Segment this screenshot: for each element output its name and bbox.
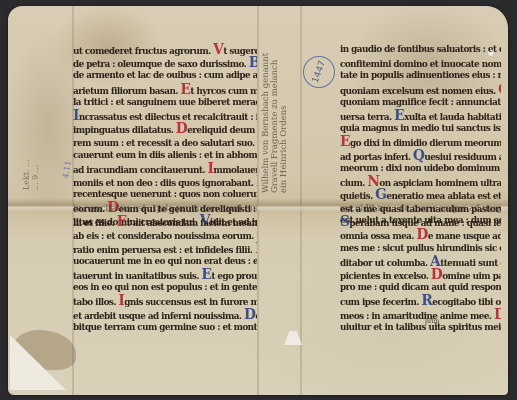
line-text: meos : in amaritudine anime mee. — [340, 311, 494, 322]
line-text: uiuitur et in talibus uita spiritus mei … — [340, 322, 501, 333]
text-line: rem suum : et recessit a deo salutari su… — [73, 135, 257, 148]
vertical-note-center: Wilhelm von Bernsbach genannt Gravell Fr… — [262, 28, 289, 193]
line-text: tate in populis adinuentiones eius : mem… — [340, 70, 501, 81]
text-line: quoniam magnifice fecit : annunciate hoc… — [340, 96, 501, 109]
text-line: omnia ossa mea. De mane usque ad uespe — [340, 228, 501, 241]
text-column-lower-left: in concitatus est : quia prouocauerunt e… — [73, 202, 257, 334]
text-line: mes me : sicut pullus hirundinis sic cla… — [340, 242, 501, 255]
text-line: bitque terram cum germine suo : et monti… — [73, 321, 257, 334]
line-text: uocauerunt me in eo qui non erat deus : … — [73, 256, 257, 267]
rubricated-initial: I — [255, 239, 257, 257]
line-text: mes me : sicut pullus hirundinis sic cla… — [340, 243, 501, 254]
text-line: meorum : dixi non uidebo dominum deum in… — [340, 162, 501, 175]
text-line: cum ipse fecerim. Recogitabo tibi omnes … — [340, 294, 501, 307]
text-line: impinguatus dilatatus. Dereliquid deum f… — [73, 122, 257, 135]
circled-shelfmark: 1447 — [303, 56, 335, 88]
text-line: ab eis : et considerabo nouissima eorum.… — [73, 228, 257, 241]
text-line: recentesque uenerunt : quos non coluerun… — [73, 188, 257, 201]
line-text: cauerunt eum in diis alienis : et in abh… — [73, 150, 257, 161]
text-line: ditabor ut columba. Attenuati sunt oculi… — [340, 255, 501, 268]
line-text: bitque terram cum germine suo : et monti… — [73, 322, 257, 333]
line-text: ratio enim peruersa est : et infideles f… — [73, 245, 255, 256]
shelfmark-number: 1447 — [310, 60, 327, 85]
text-line: Incrassatus est dilectus et recalcitraui… — [73, 109, 257, 122]
line-text: quoniam magnifice fecit : annunciate hoc… — [340, 97, 501, 108]
rubricated-initial: D — [244, 305, 255, 323]
text-line: la tritici : et sanguinem uue biberet me… — [73, 96, 257, 109]
text-line: in gaudio de fontibus saluatoris : et di… — [340, 43, 501, 56]
text-line: meos : in amaritudine anime mee. Domine … — [340, 308, 501, 321]
text-line: tauerunt in uanitatibus suis. Et ego pro… — [73, 268, 257, 281]
line-text: arietum filiorum basan. — [73, 86, 180, 97]
text-line: ut comederet fructus agrorum. Vt sugeret… — [73, 43, 257, 56]
line-text: gnis succensus est in furore meo : — [124, 297, 257, 308]
line-text: meorum : dixi non uidebo dominum deum in… — [340, 163, 501, 174]
line-text: la tritici : et sanguinem uue biberet me… — [73, 97, 257, 108]
line-text: in gaudio de fontibus saluatoris : et di… — [340, 44, 501, 55]
text-line: moniis et non deo : diis quos ignorabant… — [73, 175, 257, 188]
text-column-upper-left: ut comederet fructus agrorum. Vt sugeret… — [73, 43, 257, 228]
rubricated-initial: D — [416, 225, 427, 243]
line-text: quoniam excelsum est nomen eius. — [340, 86, 498, 97]
line-text: rem suum : et recessit a deo salutari su… — [73, 138, 257, 149]
text-line: uersa terra. Exulta et lauda habitatio s… — [340, 109, 501, 122]
text-line: ad iracundiam concitauerunt. Immolauerun… — [73, 162, 257, 175]
line-text: ab eis : et considerabo nouissima eorum. — [73, 231, 256, 242]
vertical-note-left: Lekt. ... ... 9 ... — [22, 30, 40, 190]
line-text: omnia ossa mea. — [340, 231, 416, 242]
line-text: quia magnus in medio tui sanctus israhel — [340, 123, 501, 134]
line-text: t hyrcos cum medul — [190, 86, 257, 97]
rubricated-initial: E — [180, 80, 190, 98]
line-text: go dixi in dimidio dierum meorum uad — [350, 138, 501, 149]
torn-corner — [10, 335, 66, 390]
text-line: uocauerunt me in eo qui non erat deus : … — [73, 255, 257, 268]
text-line: cauerunt eum in diis alienis : et in abh… — [73, 149, 257, 162]
line-text: e mane usque ad uespe — [428, 231, 501, 242]
text-line: tabo illos. Ignis succensus est in furor… — [73, 294, 257, 307]
text-line: cium. Non aspiciam hominem ultra et ha — [340, 175, 501, 188]
line-text: de armento et lac de ouibus : cum adipe … — [73, 70, 257, 81]
line-text: uesiui residuum a — [424, 152, 501, 163]
text-column-lower-right: succidit me : de mane usque ad uesperam … — [340, 202, 501, 334]
text-line: et ardebit usque ad inferni nouissima. D… — [73, 308, 257, 321]
line-text: succidit me : de mane usque ad uesperam — [340, 203, 501, 214]
text-line: quoniam excelsum est nomen eius. Cantate — [340, 83, 501, 96]
line-text: cum ipse fecerim. — [340, 297, 421, 308]
line-text: eos in eo qui non est populus : et in ge… — [73, 282, 257, 293]
text-line: ratio enim peruersa est : et infideles f… — [73, 242, 257, 255]
line-text: tabo illos. — [73, 297, 118, 308]
rubricated-initial: D — [494, 305, 501, 323]
text-column-upper-right: in gaudio de fontibus saluatoris : et di… — [340, 43, 501, 228]
text-line: quietis. Generatio mea ablata est et con — [340, 188, 501, 201]
text-line: in concitatus est : quia prouocauerunt e… — [73, 202, 257, 215]
rubricated-initial: C — [498, 80, 501, 98]
line-text: ad portas inferi. — [340, 152, 413, 163]
text-line: quia magnus in medio tui sanctus israhel — [340, 122, 501, 135]
text-line: succidit me : de mane usque ad uesperam — [340, 202, 501, 215]
text-line: lii et filie. Et ait abscondam faciem me… — [73, 215, 257, 228]
text-line: eos in eo qui non est populus : et in ge… — [73, 281, 257, 294]
text-line: arietum filiorum basan. Et hyrcos cum me… — [73, 83, 257, 96]
rubricated-initial: R — [421, 291, 432, 309]
line-text: ecogitabo tibi omnes an — [432, 297, 501, 308]
rubricated-initial: E — [340, 132, 350, 150]
text-line: uiuitur et in talibus uita spiritus mei … — [340, 321, 501, 334]
text-line: confitemini domino et inuocate nomen eiu… — [340, 56, 501, 69]
text-line: tate in populis adinuentiones eius : mem… — [340, 69, 501, 82]
line-text: et ardebit usque ad inferni nouissima. — [73, 311, 244, 322]
text-line: de armento et lac de ouibus : cum adipe … — [73, 69, 257, 82]
line-text: euoa — [255, 311, 257, 322]
text-line: picientes in excelso. Domine uim patior … — [340, 268, 501, 281]
line-text: recentesque uenerunt : quos non coluerun… — [73, 189, 257, 200]
line-text: in concitatus est : quia prouocauerunt e… — [73, 203, 257, 214]
text-line: de petra : oleumque de saxo durissimo. B… — [73, 56, 257, 69]
rubricated-initial: Q — [413, 146, 424, 164]
text-line: ad portas inferi. Quesiui residuum a — [340, 149, 501, 162]
